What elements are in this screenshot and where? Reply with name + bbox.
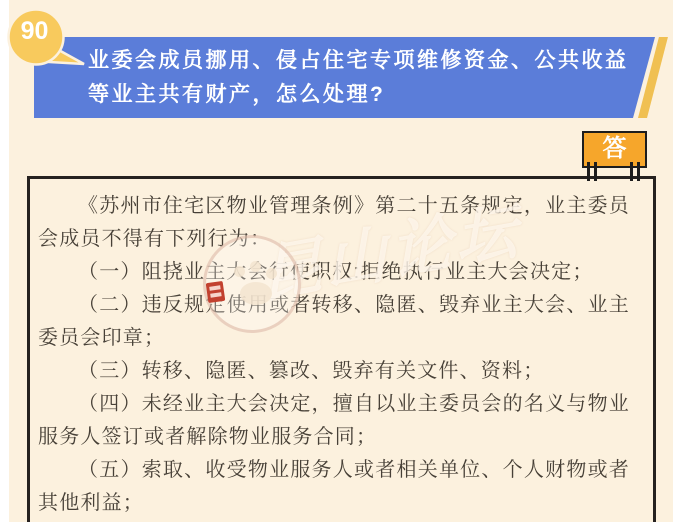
answer-box: 《苏州市住宅区物业管理条例》第二十五条规定，业主委员会成员不得有下列行为：（一）… (27, 176, 656, 522)
staple-mark (594, 162, 597, 181)
answer-tab-label: 答 (603, 135, 627, 162)
left-margin (0, 0, 9, 522)
infographic-page: 业委会成员挪用、侵占住宅专项维修资金、公共收益 等业主共有财产，怎么处理? 90… (0, 0, 673, 522)
question-line-2: 等业主共有财产，怎么处理? (88, 78, 655, 112)
staple-mark (587, 162, 590, 181)
question-number: 90 (7, 17, 62, 45)
question-line-1: 业委会成员挪用、侵占住宅专项维修资金、公共收益 (88, 44, 655, 78)
answer-text: 《苏州市住宅区物业管理条例》第二十五条规定，业主委员会成员不得有下列行为：（一）… (38, 190, 630, 520)
answer-paragraph: （二）违反规定使用或者转移、隐匿、毁弃业主大会、业主委员会印章； (38, 289, 630, 355)
question-banner: 业委会成员挪用、侵占住宅专项维修资金、公共收益 等业主共有财产，怎么处理? (34, 37, 655, 118)
answer-paragraph: （四）未经业主大会决定，擅自以业主委员会的名义与物业服务人签订或者解除物业服务合… (38, 388, 630, 454)
answer-paragraph: （一）阻挠业主大会行使职权:拒绝执行业主大会决定； (38, 256, 630, 289)
answer-paragraph: （三）转移、隐匿、篡改、毁弃有关文件、资料； (38, 355, 630, 388)
answer-paragraph: 《苏州市住宅区物业管理条例》第二十五条规定，业主委员会成员不得有下列行为： (38, 190, 630, 256)
answer-paragraph: （五）索取、收受物业服务人或者相关单位、个人财物或者其他利益； (38, 454, 630, 520)
staple-mark (637, 162, 640, 181)
staple-mark (630, 162, 633, 181)
